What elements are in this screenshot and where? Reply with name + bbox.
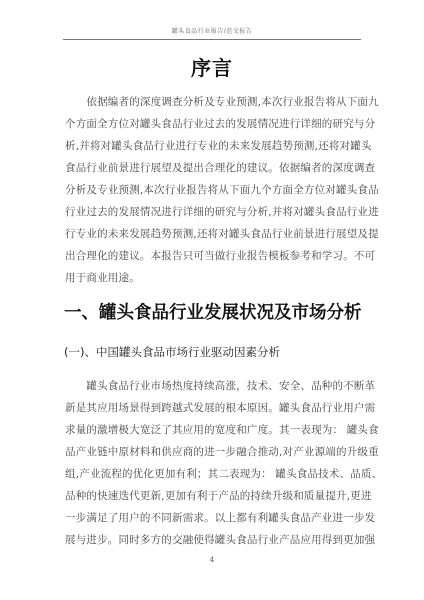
text-line: 品产业链中原材料和供应商的进一步融合推动,对产业源端的升级重: [65, 441, 361, 463]
header-divider: [63, 39, 361, 40]
text-line: 品种的快速迭代更新,更加有利于产品的持续升级和质量提升,更进: [65, 485, 361, 507]
text-line: 析,并将对罐头食品行业进行专业的未来发展趋势预测,还将对罐头: [65, 135, 361, 157]
text-line: 展与进步。同时多方的交融使得罐头食品行业产品应用得到更加强: [65, 529, 361, 551]
text-line: 求量的激增极大宽泛了其应用的宽度和广度。其一表现为： 罐头食: [65, 419, 361, 441]
preface-paragraph: 依据编者的深度调查分析及专业预测,本次行业报告将从下面九 个方面全方位对罐头食品…: [65, 91, 361, 289]
text-line: 食品行业前景进行展望及提出合理化的建议。依据编者的深度调查: [65, 157, 361, 179]
section-heading: 一、罐头食品行业发展状况及市场分析: [64, 301, 362, 325]
text-line: 行业过去的发展情况进行详细的研究与分析,并将对罐头食品行业进: [65, 201, 361, 223]
text-line: 个方面全方位对罐头食品行业过去的发展情况进行详细的研究与分: [65, 113, 361, 135]
text-line: 用于商业用途。: [65, 267, 361, 289]
page-title: 序言: [0, 56, 424, 80]
text-line: 组,产业流程的优化更加有利；其二表现为： 罐头食品技术、品质、: [65, 463, 361, 485]
text-line: 依据编者的深度调查分析及专业预测,本次行业报告将从下面九: [65, 91, 361, 113]
body-paragraph: 罐头食品行业市场热度持续高涨，技术、安全、品种的不断革 新是其应用场景得到跨越式…: [65, 375, 361, 551]
text-line: 罐头食品行业市场热度持续高涨，技术、安全、品种的不断革: [65, 375, 361, 397]
text-line: 行专业的未来发展趋势预测,还将对罐头食品行业前景进行展望及提: [65, 223, 361, 245]
text-line: 一步满足了用户的不同新需求。以上都有利罐头食品产业进一步发: [65, 507, 361, 529]
subsection-heading: (一)、中国罐头食品市场行业驱动因素分析: [64, 344, 280, 360]
running-header: 罐头食品行业报告/范文报告: [63, 28, 361, 36]
document-page: 罐头食品行业报告/范文报告 序言 依据编者的深度调查分析及专业预测,本次行业报告…: [0, 0, 424, 600]
text-line: 分析及专业预测,本次行业报告将从下面九个方面全方位对罐头食品: [65, 179, 361, 201]
page-number: 4: [0, 555, 424, 565]
text-line: 出合理化的建议。本报告只可当做行业报告模板参考和学习。不可: [65, 245, 361, 267]
text-line: 新是其应用场景得到跨越式发展的根本原因。罐头食品行业用户需: [65, 397, 361, 419]
